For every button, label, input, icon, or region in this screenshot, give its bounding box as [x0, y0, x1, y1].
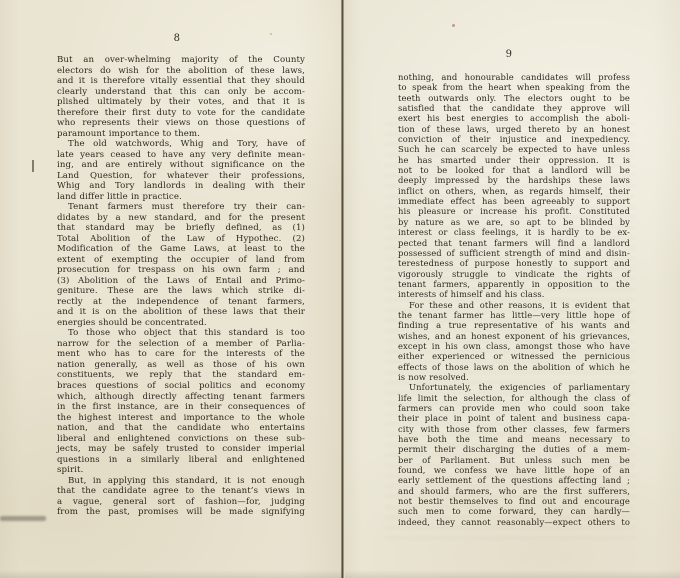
text-line: Tenant farmers must therefore try their … — [57, 202, 305, 213]
text-line: Total Abolition of the Law of Hypothec. … — [57, 234, 305, 245]
text-line: But, in applying this standard, it is no… — [57, 476, 305, 487]
page-number-right: 9 — [494, 49, 524, 60]
text-line: Whig and Tory landlords in dealing with … — [57, 181, 305, 192]
text-line: that the candidate agree to the tenant’s… — [57, 486, 305, 497]
text-line: ber of Parliament. But unless such men b… — [398, 455, 630, 465]
text-line: tenant farmers, apparently in opposition… — [398, 279, 630, 289]
book-gutter — [341, 0, 344, 578]
text-line: braces questions of social politics and … — [57, 381, 305, 392]
text-line: geniture. These are the laws which strik… — [57, 286, 305, 297]
left-text: But an over-whelming majority of the Cou… — [57, 55, 305, 518]
text-line: electors do wish for the abolition of th… — [57, 66, 305, 77]
text-line: Land Question, for whatever their profes… — [57, 171, 305, 182]
text-line: narrow for the selection of a member of … — [57, 339, 305, 350]
text-line: teeth outwards only. The electors ought … — [398, 93, 630, 103]
text-line: in the first instance, are in their cons… — [57, 402, 305, 413]
text-line: vigorously struggle to vindicate the rig… — [398, 269, 630, 279]
text-line: such men to come forward, they can hardl… — [398, 506, 630, 516]
text-line: life limit the selection, for although t… — [398, 393, 630, 403]
paper-speck — [452, 24, 455, 27]
page-bottom-shadow — [0, 570, 343, 578]
text-line: clearly understand that this can only be… — [57, 87, 305, 98]
text-line: conviction of their injustice and inexpe… — [398, 134, 630, 144]
text-line: prosecution for trespass on his own farm… — [57, 265, 305, 276]
text-line: the tenant farmer has little—very little… — [398, 310, 630, 320]
text-line: interest or class feelings, it is hardly… — [398, 227, 630, 237]
text-line: a vague, general sort of fashion—for, ju… — [57, 497, 305, 508]
text-line: the highest interest and importance to t… — [57, 413, 305, 424]
text-line: pected that tenant farmers will find a l… — [398, 238, 630, 248]
text-line: by nature as we are, so apt to be blinde… — [398, 217, 630, 227]
text-line: not bestir themselves to find out and en… — [398, 496, 630, 506]
text-line: farmers can provide men who could soon t… — [398, 403, 630, 413]
text-line: and should farmers, who are the first su… — [398, 486, 630, 496]
text-line: therefore their first duty to vote for t… — [57, 108, 305, 119]
text-line: have both the time and means necessary t… — [398, 434, 630, 444]
text-line: nothing, and honourable candidates will … — [398, 72, 630, 82]
text-line: The old watchwords, Whig and Tory, have … — [57, 139, 305, 150]
text-line: which, although directly affecting tenan… — [57, 392, 305, 403]
text-line: who represents their views on those ques… — [57, 118, 305, 129]
text-line: liberal and enlightened convictions on t… — [57, 434, 305, 445]
text-line: not to be looked for that a landlord wil… — [398, 165, 630, 175]
text-line: found, we confess we have little hope of… — [398, 465, 630, 475]
book-scan: 8 But an over-whelming majority of the C… — [0, 0, 680, 578]
text-line: wishes, and an honest exponent of his gr… — [398, 331, 630, 341]
text-line: effects of those laws on the abolition o… — [398, 362, 630, 372]
text-line: is now resolved. — [398, 372, 630, 382]
text-line: possessed of sufficient strength of mind… — [398, 248, 630, 258]
text-line: his pleasure or increase his profit. Con… — [398, 206, 630, 216]
text-line: indeed, they cannot reasonably—expect ot… — [398, 517, 630, 527]
stain-streak — [0, 516, 46, 521]
text-line: permit their discharging the duties of a… — [398, 444, 630, 454]
text-line: (3) Abolition of the Laws of Entail and … — [57, 276, 305, 287]
text-line: except in his own class, amongst those w… — [398, 341, 630, 351]
text-line: Such he can scarcely be expected to have… — [398, 144, 630, 154]
text-line: and it is therefore vitally essential th… — [57, 76, 305, 87]
text-line: nation generally, as well as those of hi… — [57, 360, 305, 371]
text-line: questions in a similarly liberal and enl… — [57, 455, 305, 466]
text-line: extent of exempting the occupier of land… — [57, 255, 305, 266]
text-line: ing, and are entirely without significan… — [57, 160, 305, 171]
text-line: land differ little in practice. — [57, 192, 305, 203]
text-line: exert his best energies to accomplish th… — [398, 113, 630, 123]
text-line: spirit. — [57, 465, 305, 476]
paper-speck — [270, 33, 272, 35]
text-line: early settlement of the questions affect… — [398, 475, 630, 485]
stain-dash — [32, 160, 34, 172]
text-line: nation, and that the candidate who enter… — [57, 423, 305, 434]
right-text: nothing, and honourable candidates will … — [398, 72, 630, 527]
text-line: that standard may be briefly defined, as… — [57, 223, 305, 234]
text-line: energies should be concentrated. — [57, 318, 305, 329]
text-line: and it is on the abolition of these laws… — [57, 307, 305, 318]
text-line: Modification of the Game Laws, at least … — [57, 244, 305, 255]
text-line: he has smarted under their oppression. I… — [398, 155, 630, 165]
text-line: didates by a new standard, and for the p… — [57, 213, 305, 224]
text-line: Unfortunately, the exigencies of parliam… — [398, 382, 630, 392]
text-line: deeply impressed by the hardships these … — [398, 175, 630, 185]
text-line: immediate effect has been agreeably to s… — [398, 196, 630, 206]
text-line: to speak from the heart when speaking fr… — [398, 82, 630, 92]
text-line: their place in point of talent and busin… — [398, 413, 630, 423]
text-line: But an over-whelming majority of the Cou… — [57, 55, 305, 66]
text-line: from the past, promises will be made sig… — [57, 507, 305, 518]
text-line: inflict on others, when, as regards hims… — [398, 186, 630, 196]
text-line: interests of himself and his class. — [398, 289, 630, 299]
text-line: late years ceased to have any very defin… — [57, 150, 305, 161]
text-line: For these and other reasons, it is evide… — [398, 300, 630, 310]
text-line: rectly at the independence of tenant far… — [57, 297, 305, 308]
text-line: To those who object that this standard i… — [57, 328, 305, 339]
text-line: paramount importance to them. — [57, 129, 305, 140]
text-line: jects, may be safely trusted to consider… — [57, 444, 305, 455]
page-right: 9 nothing, and honourable candidates wil… — [345, 0, 680, 578]
page-bottom-shadow — [345, 570, 680, 578]
text-line: city with those from other classes, few … — [398, 424, 630, 434]
text-line: tion of these laws, urged thereto by an … — [398, 124, 630, 134]
text-line: ment who has to care for the interests o… — [57, 349, 305, 360]
page-left: 8 But an over-whelming majority of the C… — [0, 0, 343, 578]
text-line: terestedness of purpose honestly to supp… — [398, 258, 630, 268]
text-line: finding a true representative of his wan… — [398, 320, 630, 330]
text-line: satisfied that the candidate they approv… — [398, 103, 630, 113]
page-number-left: 8 — [162, 33, 192, 44]
text-line: plished ultimately by their votes, and t… — [57, 97, 305, 108]
text-line: either experienced or witnessed the pern… — [398, 351, 630, 361]
text-line: constituents, we reply that the standard… — [57, 370, 305, 381]
